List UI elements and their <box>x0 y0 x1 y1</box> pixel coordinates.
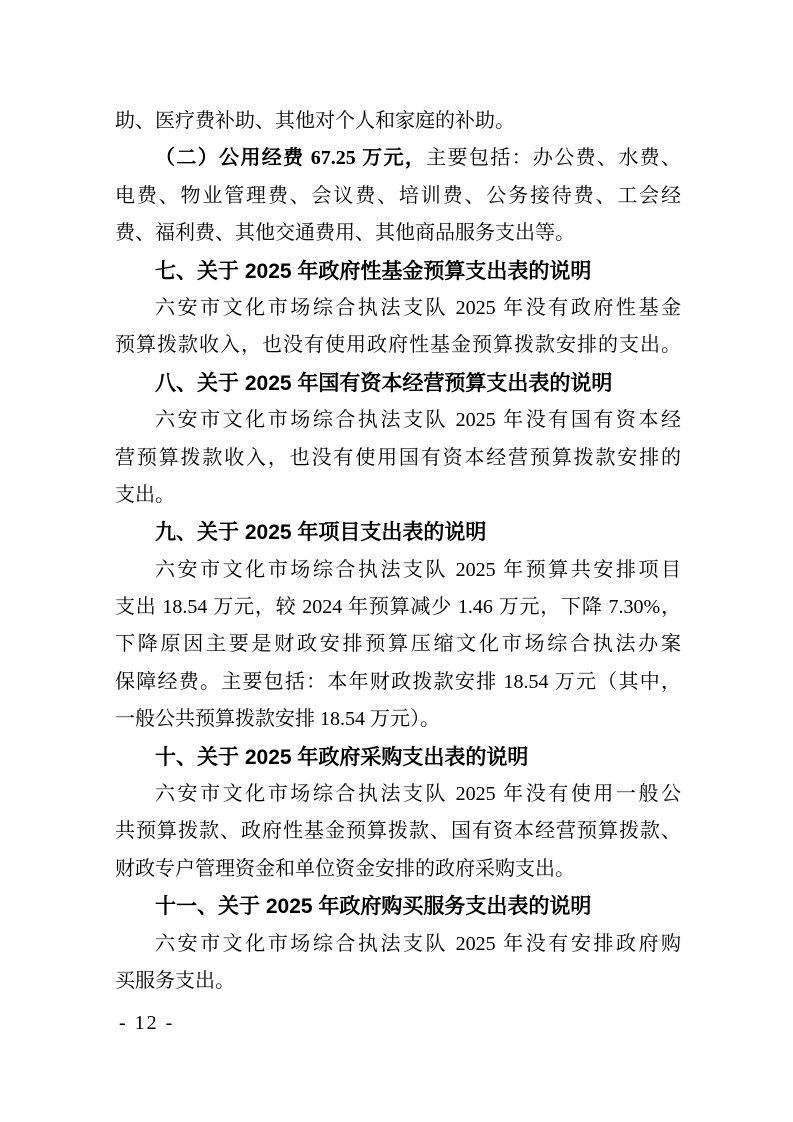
page-number: - 12 - <box>119 1012 174 1035</box>
text-segment: 保障经费。主要包括：本年财政拨款安排 18.54 万元（其中， <box>115 671 681 693</box>
body-line: 一般公共预算拨款安排 18.54 万元）。 <box>115 701 681 738</box>
text-segment: 六安市文化市场综合执法支队 2025 年没有政府性基金 <box>155 297 681 319</box>
body-line: 营预算拨款收入，也没有使用国有资本经营预算拨款安排的 <box>115 440 681 477</box>
body-line: 六安市文化市场综合执法支队 2025 年没有政府性基金 <box>115 290 681 327</box>
body-line: 预算拨款收入，也没有使用政府性基金预算拨款安排的支出。 <box>115 327 681 364</box>
heading-line: 十、关于 2025 年政府采购支出表的说明 <box>115 739 681 776</box>
body-line: 支出。 <box>115 477 681 514</box>
text-segment: 电费、物业管理费、会议费、培训费、公务接待费、工会经 <box>115 185 681 207</box>
body-line: 六安市文化市场综合执法支队 2025 年预算共安排项目 <box>115 552 681 589</box>
text-segment: 买服务支出。 <box>115 970 235 992</box>
heading-line: 八、关于 2025 年国有资本经营预算支出表的说明 <box>115 365 681 402</box>
text-segment: （二）公用经费 67.25 万元， <box>155 147 426 169</box>
body-line: 六安市文化市场综合执法支队 2025 年没有安排政府购 <box>115 926 681 963</box>
text-segment: 主要包括：办公费、水费、 <box>426 147 681 169</box>
body-line: 电费、物业管理费、会议费、培训费、公务接待费、工会经 <box>115 178 681 215</box>
text-segment: 六安市文化市场综合执法支队 2025 年没有国有资本经 <box>155 409 681 431</box>
text-segment: 费、福利费、其他交通费用、其他商品服务支出等。 <box>115 222 575 244</box>
text-segment: 六安市文化市场综合执法支队 2025 年没有使用一般公 <box>155 783 681 805</box>
text-segment: 支出 18.54 万元，较 2024 年预算减少 1.46 万元，下降 7.30… <box>115 596 681 618</box>
text-segment: 支出。 <box>115 484 175 506</box>
text-segment: 预算拨款收入，也没有使用政府性基金预算拨款安排的支出。 <box>115 334 681 356</box>
text-segment: 九、关于 2025 年项目支出表的说明 <box>155 521 486 544</box>
body-line: 助、医疗费补助、其他对个人和家庭的补助。 <box>115 103 681 140</box>
body-line: 保障经费。主要包括：本年财政拨款安排 18.54 万元（其中， <box>115 664 681 701</box>
text-segment: 十一、关于 2025 年政府购买服务支出表的说明 <box>155 895 591 918</box>
text-segment: 营预算拨款收入，也没有使用国有资本经营预算拨款安排的 <box>115 447 681 469</box>
body-line: 六安市文化市场综合执法支队 2025 年没有国有资本经 <box>115 402 681 439</box>
text-segment: 共预算拨款、政府性基金预算拨款、国有资本经营预算拨款、 <box>115 820 681 842</box>
text-segment: 六安市文化市场综合执法支队 2025 年预算共安排项目 <box>155 559 681 581</box>
text-segment: 七、关于 2025 年政府性基金预算支出表的说明 <box>155 260 591 283</box>
document-page: 助、医疗费补助、其他对个人和家庭的补助。（二）公用经费 67.25 万元，主要包… <box>0 0 793 1122</box>
heading-line: 九、关于 2025 年项目支出表的说明 <box>115 514 681 551</box>
body-line: 财政专户管理资金和单位资金安排的政府采购支出。 <box>115 851 681 888</box>
heading-line: 七、关于 2025 年政府性基金预算支出表的说明 <box>115 253 681 290</box>
body-line: 六安市文化市场综合执法支队 2025 年没有使用一般公 <box>115 776 681 813</box>
text-segment: 助、医疗费补助、其他对个人和家庭的补助。 <box>115 110 515 132</box>
body-line: 买服务支出。 <box>115 963 681 1000</box>
body-line: 下降原因主要是财政安排预算压缩文化市场综合执法办案 <box>115 626 681 663</box>
text-segment: 六安市文化市场综合执法支队 2025 年没有安排政府购 <box>155 933 681 955</box>
heading-line: 十一、关于 2025 年政府购买服务支出表的说明 <box>115 888 681 925</box>
text-segment: 财政专户管理资金和单位资金安排的政府采购支出。 <box>115 858 575 880</box>
body-line: 共预算拨款、政府性基金预算拨款、国有资本经营预算拨款、 <box>115 813 681 850</box>
body-line: 支出 18.54 万元，较 2024 年预算减少 1.46 万元，下降 7.30… <box>115 589 681 626</box>
text-segment: 十、关于 2025 年政府采购支出表的说明 <box>155 746 528 769</box>
body-line: 费、福利费、其他交通费用、其他商品服务支出等。 <box>115 215 681 252</box>
body-line: （二）公用经费 67.25 万元，主要包括：办公费、水费、 <box>115 140 681 177</box>
document-content: 助、医疗费补助、其他对个人和家庭的补助。（二）公用经费 67.25 万元，主要包… <box>115 103 681 1000</box>
text-segment: 八、关于 2025 年国有资本经营预算支出表的说明 <box>155 372 612 395</box>
text-segment: 下降原因主要是财政安排预算压缩文化市场综合执法办案 <box>115 633 681 655</box>
text-segment: 一般公共预算拨款安排 18.54 万元）。 <box>115 708 440 730</box>
